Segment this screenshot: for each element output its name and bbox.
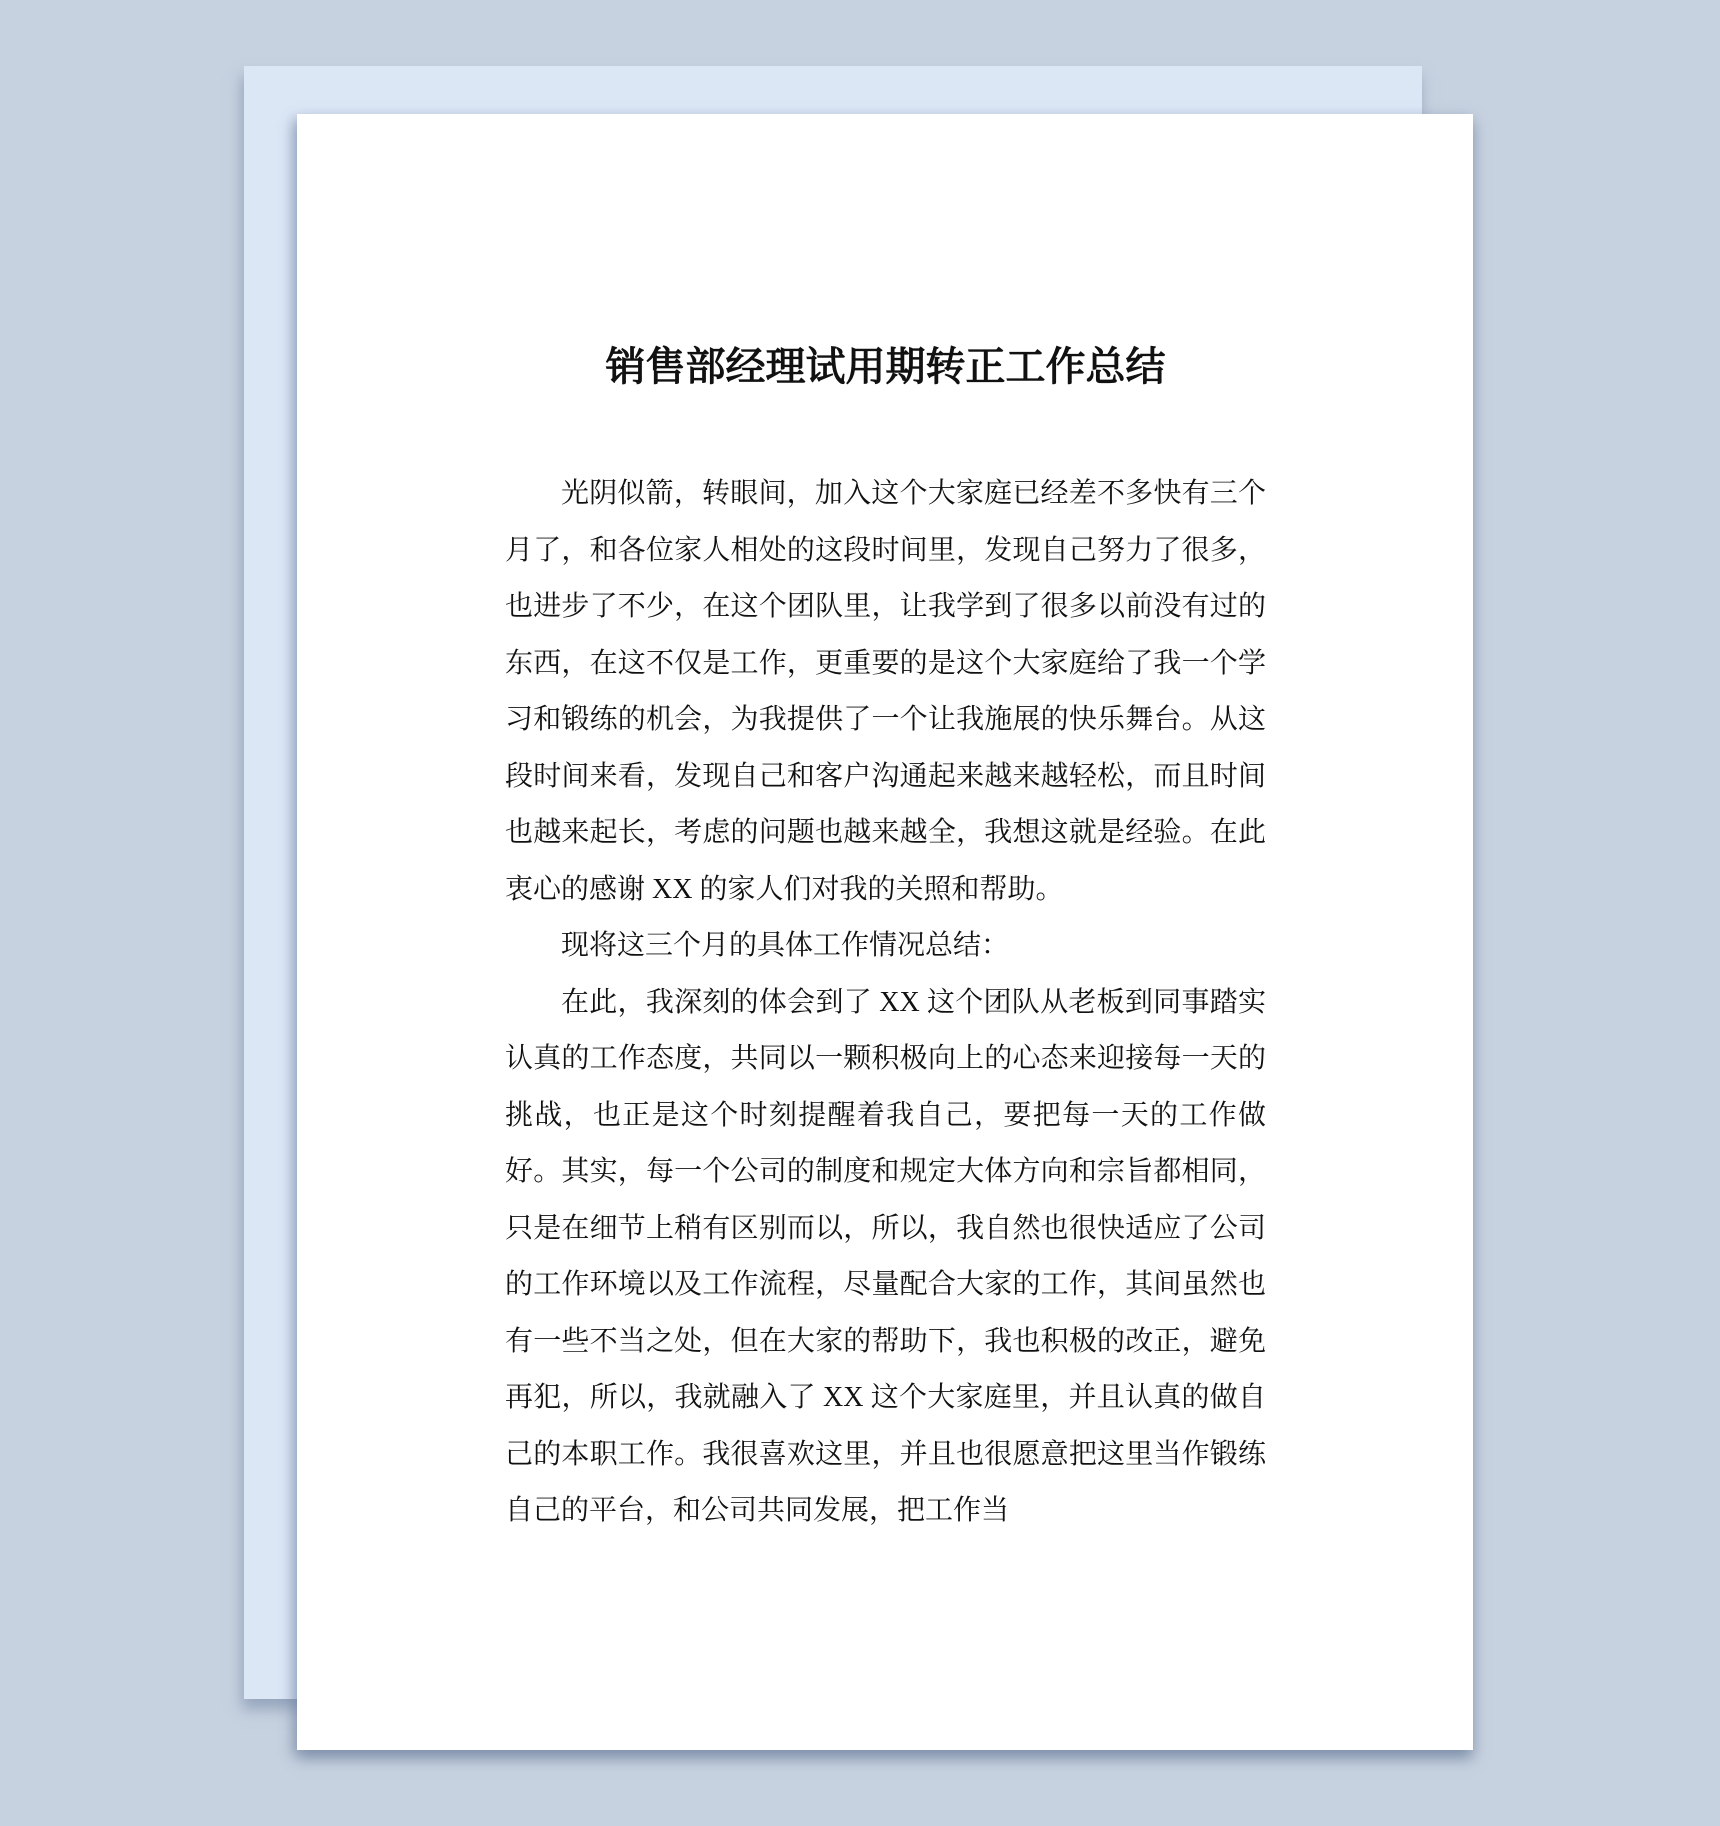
document-title: 销售部经理试用期转正工作总结 <box>505 343 1266 391</box>
document-body: 光阴似箭，转眼间，加入这个大家庭已经差不多快有三个月了，和各位家人相处的这段时间… <box>505 466 1266 1540</box>
document-page: 销售部经理试用期转正工作总结 光阴似箭，转眼间，加入这个大家庭已经差不多快有三个… <box>297 114 1473 1750</box>
desktop-background: 销售部经理试用期转正工作总结 光阴似箭，转眼间，加入这个大家庭已经差不多快有三个… <box>0 0 1720 1826</box>
paragraph-summary-lead: 现将这三个月的具体工作情况总结： <box>505 918 1266 975</box>
paragraph-intro: 光阴似箭，转眼间，加入这个大家庭已经差不多快有三个月了，和各位家人相处的这段时间… <box>505 466 1266 918</box>
paragraph-work-detail: 在此，我深刻的体会到了 XX 这个团队从老板到同事踏实认真的工作态度，共同以一颗… <box>505 975 1266 1540</box>
